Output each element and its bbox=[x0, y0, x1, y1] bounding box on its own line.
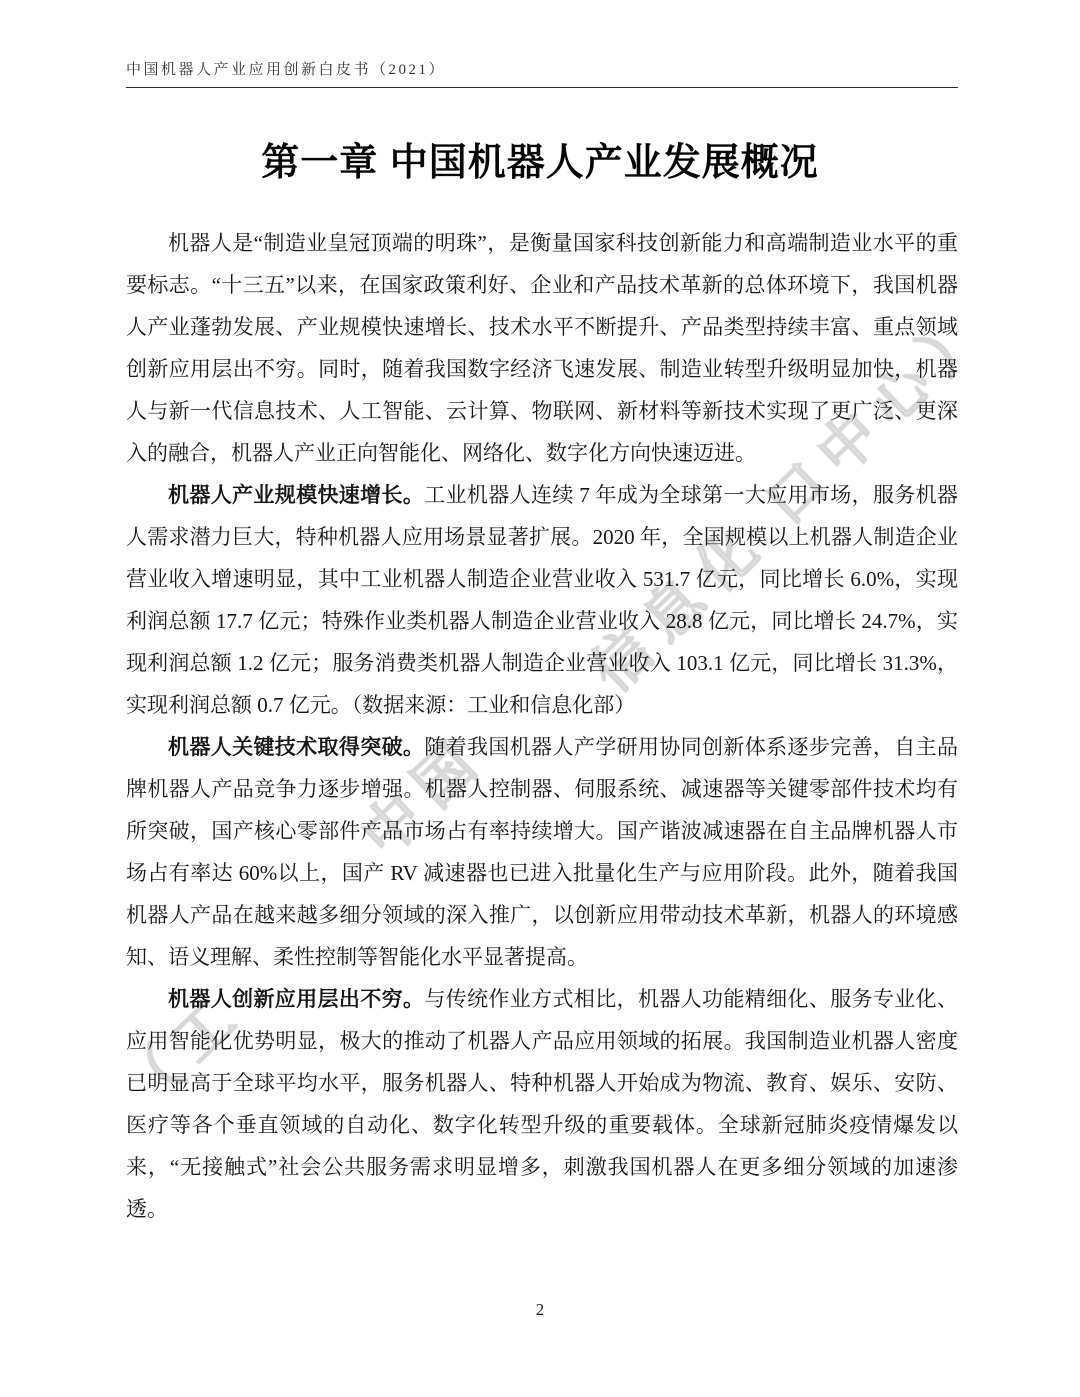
paragraph-text: 随着我国机器人产学研用协同创新体系逐步完善，自主品牌机器人产品竞争力逐步增强。机… bbox=[126, 735, 958, 969]
chapter-title: 第一章 中国机器人产业发展概况 bbox=[0, 131, 1080, 186]
header-rule bbox=[126, 87, 958, 88]
paragraph: 机器人是“制造业皇冠顶端的明珠”，是衡量国家科技创新能力和高端制造业水平的重要标… bbox=[126, 222, 958, 474]
paragraph-lead: 机器人产业规模快速增长。 bbox=[168, 483, 424, 507]
paragraph-lead: 机器人关键技术取得突破。 bbox=[168, 735, 424, 759]
paragraph: 机器人关键技术取得突破。随着我国机器人产学研用协同创新体系逐步完善，自主品牌机器… bbox=[126, 726, 958, 978]
paragraph-text: 机器人是“制造业皇冠顶端的明珠”，是衡量国家科技创新能力和高端制造业水平的重要标… bbox=[126, 231, 958, 465]
paragraph-text: 与传统作业方式相比，机器人功能精细化、服务专业化、应用智能化优势明显，极大的推动… bbox=[126, 987, 958, 1221]
document-page: （工 中国 信息化 口中心） 中国机器人产业应用创新白皮书（2021） 第一章 … bbox=[0, 0, 1080, 1397]
running-header-text: 中国机器人产业应用创新白皮书（2021） bbox=[126, 62, 446, 78]
body-text: 机器人是“制造业皇冠顶端的明珠”，是衡量国家科技创新能力和高端制造业水平的重要标… bbox=[126, 222, 958, 1230]
paragraph-text: 工业机器人连续 7 年成为全球第一大应用市场，服务机器人需求潜力巨大，特种机器人… bbox=[126, 483, 958, 717]
paragraph: 机器人创新应用层出不穷。与传统作业方式相比，机器人功能精细化、服务专业化、应用智… bbox=[126, 978, 958, 1230]
running-header: 中国机器人产业应用创新白皮书（2021） bbox=[126, 58, 958, 79]
page-number: 2 bbox=[0, 1300, 1080, 1320]
paragraph-lead: 机器人创新应用层出不穷。 bbox=[168, 987, 424, 1011]
paragraph: 机器人产业规模快速增长。工业机器人连续 7 年成为全球第一大应用市场，服务机器人… bbox=[126, 474, 958, 726]
